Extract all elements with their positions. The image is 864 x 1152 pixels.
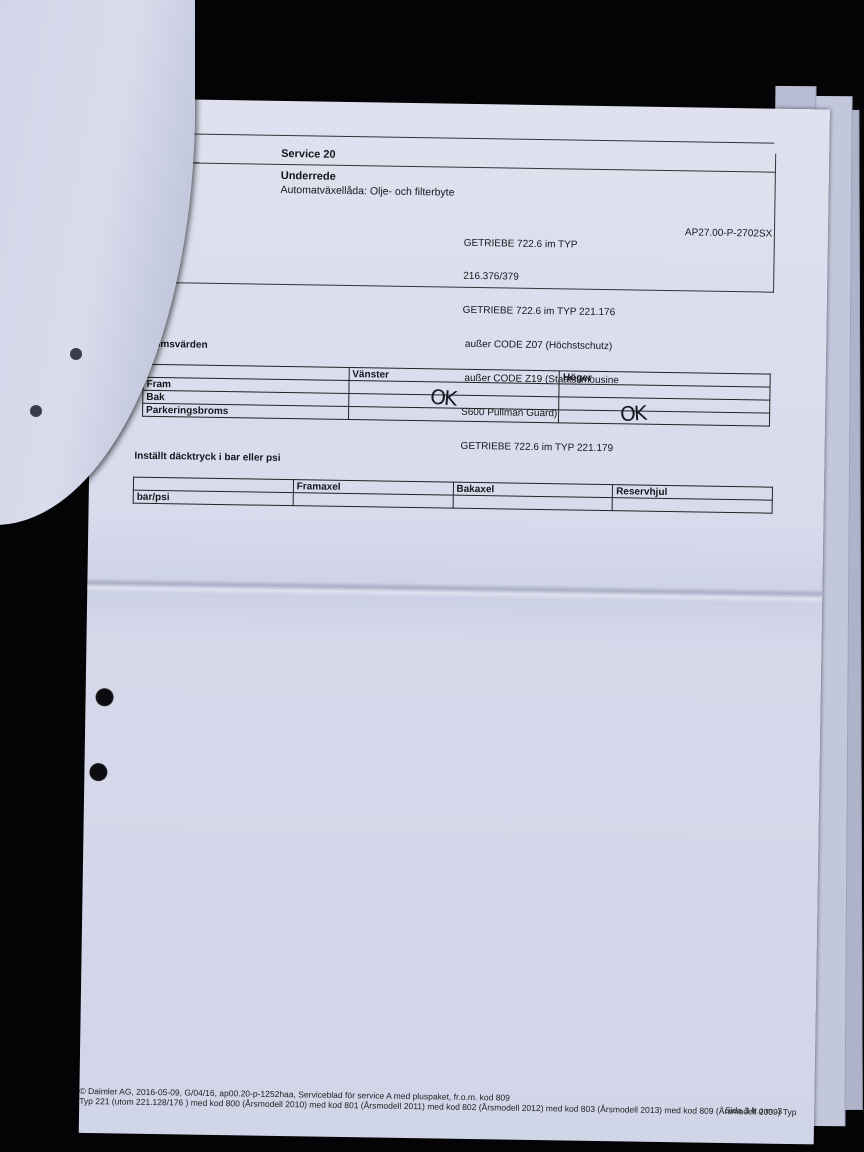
punch-hole — [95, 688, 113, 706]
service-section-box: Service 20 ✓ Underrede Automatväxellåda:… — [150, 144, 776, 293]
handwritten-ok-left: OK — [429, 384, 456, 410]
cell-bakaxel[interactable] — [453, 495, 613, 511]
section-title: Underrede — [281, 170, 336, 183]
punch-hole — [30, 405, 42, 417]
applicability-line: GETRIEBE 722.6 im TYP — [464, 237, 621, 251]
punch-hole — [89, 763, 107, 781]
applicability-line: GETRIEBE 722.6 im TYP 221.179 — [460, 441, 617, 455]
tire-pressure-table: Framaxel Bakaxel Reservhjul bar/psi — [133, 477, 773, 514]
row-label: bar/psi — [133, 490, 293, 506]
paper-fold — [87, 578, 822, 604]
row-label: Parkeringsbroms — [143, 403, 349, 419]
document-code: AP27.00-P-2702SX — [685, 227, 772, 239]
applicability-line: außer CODE Z07 (Höchstschutz) — [462, 339, 619, 353]
cell-reservhjul[interactable] — [612, 498, 772, 514]
brake-values-table: Vänster Höger Fram Bak Parkeringsbroms — [142, 364, 771, 427]
applicability-line: 216.376/379 — [463, 271, 620, 285]
top-rule — [149, 133, 774, 144]
service-header-band: Service 20 — [153, 144, 775, 173]
footer: © Daimler AG, 2016-05-09, G/04/16, ap00.… — [79, 1086, 794, 1117]
cell-framaxel[interactable] — [293, 493, 453, 509]
handwritten-ok-right: OK — [619, 401, 645, 426]
applicability-line: GETRIEBE 722.6 im TYP 221.176 — [463, 305, 620, 319]
page-number: Sida 3 fr.o.m. 3 — [725, 1105, 782, 1116]
section-subtitle: Automatväxellåda: Olje- och filterbyte — [280, 184, 454, 199]
cell-right[interactable] — [559, 410, 770, 426]
service-sheet: Service 20 ✓ Underrede Automatväxellåda:… — [79, 98, 830, 1144]
tire-pressure-caption: Inställt däcktryck i bar eller psi — [134, 451, 280, 464]
service-header: Service 20 — [281, 148, 336, 161]
punch-hole — [70, 348, 82, 360]
applicability-list: GETRIEBE 722.6 im TYP 216.376/379 GETRIE… — [460, 215, 621, 477]
